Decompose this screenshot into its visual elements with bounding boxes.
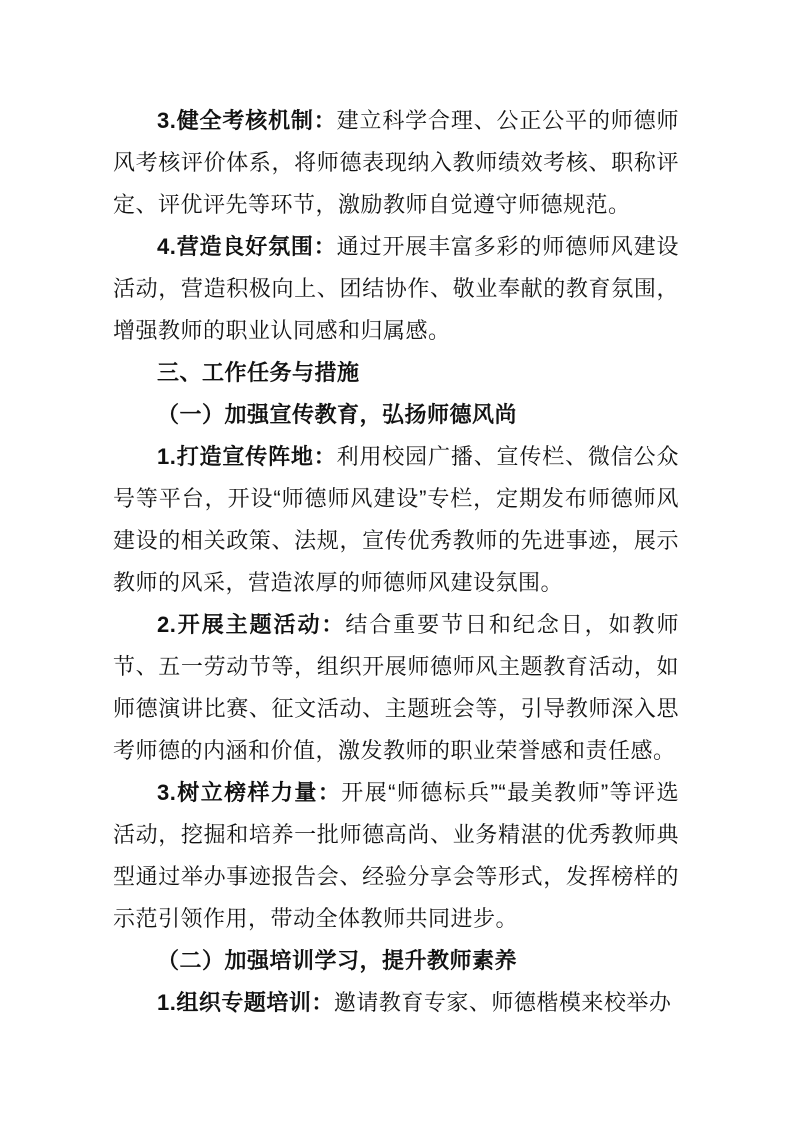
paragraph-label: 3.健全考核机制： [157,108,337,133]
paragraph: 3.健全考核机制：建立科学合理、公正公平的师德师风考核评价体系，将师德表现纳入教… [113,100,679,226]
document-page: 3.健全考核机制：建立科学合理、公正公平的师德师风考核评价体系，将师德表现纳入教… [0,0,793,1122]
paragraph: 1.打造宣传阵地：利用校园广播、宣传栏、微信公众号等平台，开设“师德师风建设”专… [113,436,679,604]
paragraph: 2.开展主题活动：结合重要节日和纪念日，如教师节、五一劳动节等，组织开展师德师风… [113,604,679,772]
heading: （一）加强宣传教育，弘扬师德风尚 [113,394,679,436]
paragraph-label: 三、工作任务与措施 [157,360,360,385]
document-body: 3.健全考核机制：建立科学合理、公正公平的师德师风考核评价体系，将师德表现纳入教… [113,100,679,1024]
paragraph-label: 1.打造宣传阵地： [157,444,337,469]
paragraph-text: 邀请教育专家、师德楷模来校举办 [334,990,672,1015]
paragraph: 3.树立榜样力量：开展“师德标兵”“最美教师”等评选活动，挖掘和培养一批师德高尚… [113,772,679,940]
paragraph: 4.营造良好氛围：通过开展丰富多彩的师德师风建设活动，营造积极向上、团结协作、敬… [113,226,679,352]
paragraph-label: 2.开展主题活动： [157,612,345,637]
paragraph-label: 4.营造良好氛围： [157,234,337,259]
heading: （二）加强培训学习，提升教师素养 [113,940,679,982]
paragraph-label: （一）加强宣传教育，弘扬师德风尚 [157,402,517,427]
paragraph: 1.组织专题培训：邀请教育专家、师德楷模来校举办 [113,982,679,1024]
paragraph-label: （二）加强培训学习，提升教师素养 [157,948,517,973]
heading: 三、工作任务与措施 [113,352,679,394]
paragraph-label: 3.树立榜样力量： [157,780,341,805]
paragraph-label: 1.组织专题培训： [157,990,334,1015]
